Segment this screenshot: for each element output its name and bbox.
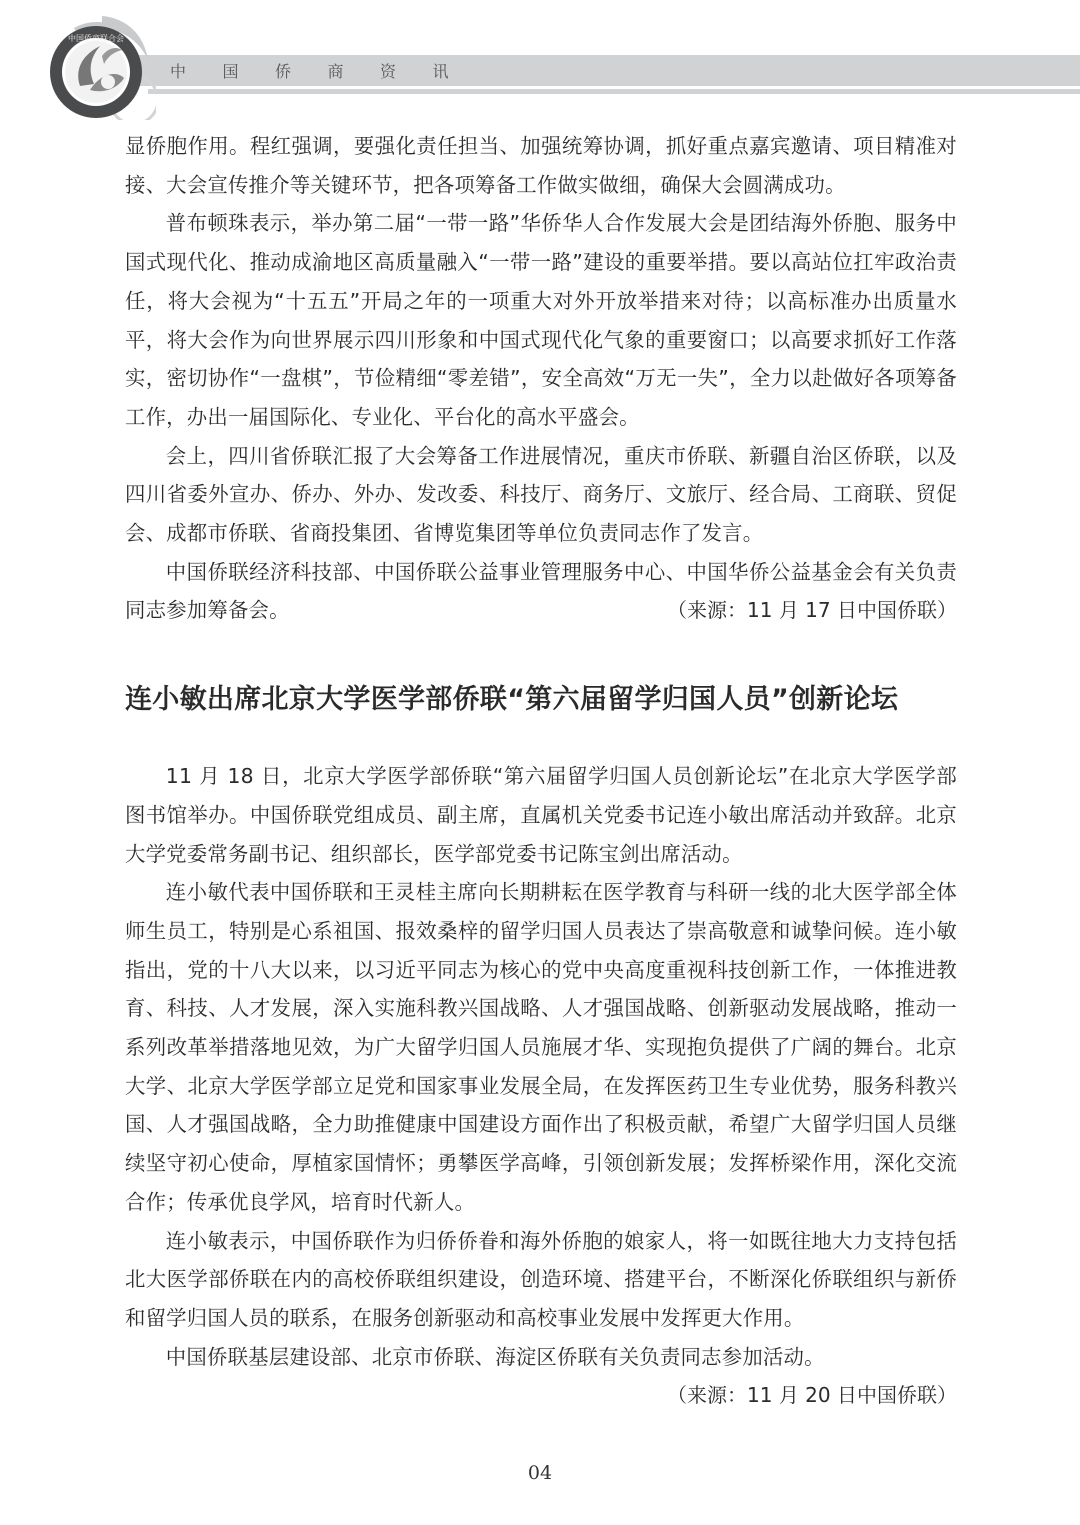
paragraph: 普布顿珠表示，举办第二届“一带一路”华侨华人合作发展大会是团结海外侨胞、服务中国… <box>125 204 957 436</box>
paragraph: 连小敏表示，中国侨联作为归侨侨眷和海外侨胞的娘家人，将一如既往地大力支持包括北大… <box>125 1222 957 1338</box>
article-headline: 连小敏出席北京大学医学部侨联“第六届留学归国人员”创新论坛 <box>125 680 957 720</box>
publication-title-char: 中 <box>170 59 223 83</box>
paragraph: 连小敏代表中国侨联和王灵桂主席向长期耕耘在医学教育与科研一线的北大医学部全体师生… <box>125 873 957 1221</box>
publication-title-char: 商 <box>328 59 381 83</box>
publication-title-char: 国 <box>223 59 276 83</box>
paragraph: 会上，四川省侨联汇报了大会筹备工作进展情况，重庆市侨联、新疆自治区侨联，以及四川… <box>125 437 957 553</box>
page-content: 显侨胞作用。程红强调，要强化责任担当、加强统筹协调，抓好重点嘉宾邀请、项目精准对… <box>125 127 957 1415</box>
page-number: 04 <box>0 1462 1080 1484</box>
paragraph: 中国侨联基层建设部、北京市侨联、海淀区侨联有关负责同志参加活动。 <box>125 1338 957 1377</box>
paragraph: 11 月 18 日，北京大学医学部侨联“第六届留学归国人员创新论坛”在北京大学医… <box>125 757 957 873</box>
article-continued: 显侨胞作用。程红强调，要强化责任担当、加强统筹协调，抓好重点嘉宾邀请、项目精准对… <box>125 127 957 630</box>
publication-title-char: 讯 <box>433 59 486 83</box>
federation-logo-icon: 中国侨商联合会 <box>44 8 156 120</box>
article: 连小敏出席北京大学医学部侨联“第六届留学归国人员”创新论坛 11 月 18 日，… <box>125 680 957 1415</box>
svg-text:中国侨商联合会: 中国侨商联合会 <box>68 33 124 43</box>
publication-title-char: 侨 <box>275 59 328 83</box>
source-citation: （来源：11 月 20 日中国侨联） <box>125 1376 957 1415</box>
publication-title-char: 资 <box>380 59 433 83</box>
header-rule <box>148 89 1080 94</box>
paragraph: 显侨胞作用。程红强调，要强化责任担当、加强统筹协调，抓好重点嘉宾邀请、项目精准对… <box>125 127 957 204</box>
publication-title: 中 国 侨 商 资 讯 <box>170 59 485 83</box>
